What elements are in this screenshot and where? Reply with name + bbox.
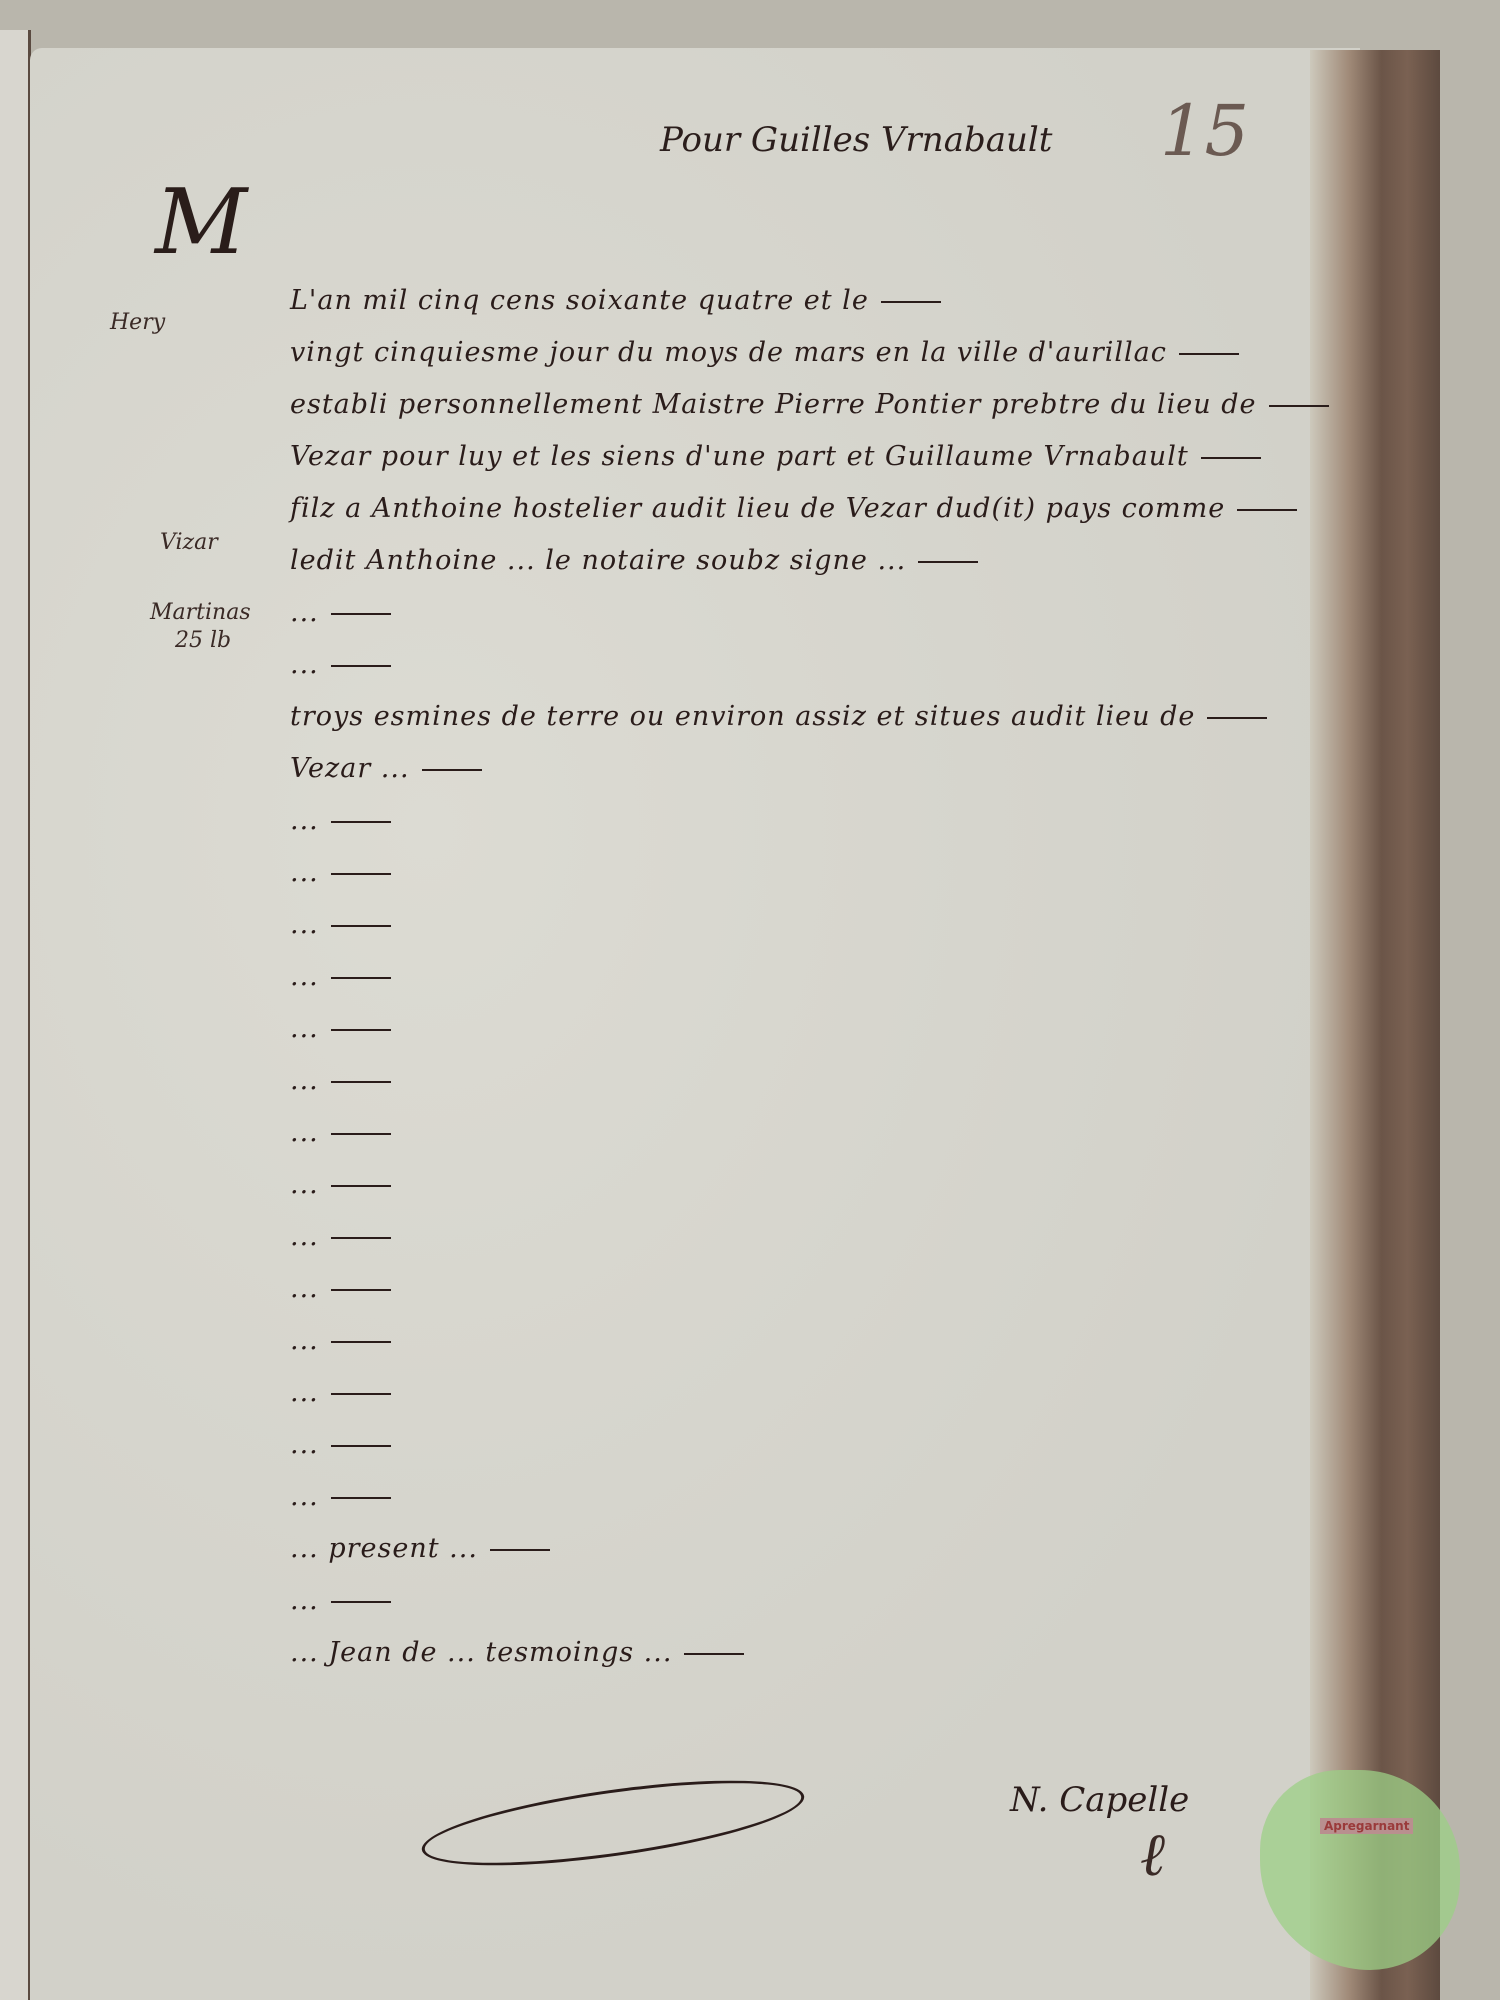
margin-note: Vizar — [160, 530, 218, 555]
text-line: Vezar ... — [290, 743, 1290, 795]
facing-page-edge — [0, 30, 31, 2000]
signature-paraph-icon: ℓ — [1140, 1820, 1165, 1890]
notary-signature: N. Capelle — [1010, 1780, 1189, 1820]
text-line: vingt cinquiesme jour du moys de mars en… — [290, 327, 1290, 379]
document-heading: Pour Guilles Vrnabault — [660, 120, 1052, 160]
text-line: Vezar pour luy et les siens d'une part e… — [290, 431, 1290, 483]
margin-note: Hery — [110, 310, 165, 335]
text-line: L'an mil cinq cens soixante quatre et le — [290, 275, 1290, 327]
margin-note: Martinas — [150, 600, 251, 625]
margin-note: 25 lb — [175, 628, 231, 653]
text-line: ... Jean de ... tesmoings ... — [290, 1627, 1290, 1679]
text-line: ... — [290, 1419, 1290, 1471]
folio-number: 15 — [1160, 90, 1249, 172]
text-line: ... — [290, 1315, 1290, 1367]
text-line: ... — [290, 847, 1290, 899]
initial-mark: M — [155, 170, 247, 275]
text-line: ... — [290, 1159, 1290, 1211]
text-line: ... — [290, 1575, 1290, 1627]
text-line: ledit Anthoine ... le notaire soubz sign… — [290, 535, 1290, 587]
document-body: L'an mil cinq cens soixante quatre et le… — [290, 275, 1290, 1679]
text-line: ... — [290, 639, 1290, 691]
text-line: ... — [290, 1471, 1290, 1523]
text-line: ... — [290, 587, 1290, 639]
text-line: establi personnellement Maistre Pierre P… — [290, 379, 1290, 431]
text-line: ... — [290, 1055, 1290, 1107]
text-line: ... — [290, 1107, 1290, 1159]
text-line: ... — [290, 1367, 1290, 1419]
text-line: ... — [290, 1003, 1290, 1055]
text-line: ... — [290, 795, 1290, 847]
text-line: troys esmines de terre ou environ assiz … — [290, 691, 1290, 743]
page-block-edge — [1310, 50, 1440, 2000]
text-line: ... — [290, 899, 1290, 951]
watermark-label: Apregarnant — [1320, 1818, 1413, 1834]
text-line: ... — [290, 951, 1290, 1003]
text-line: ... present ... — [290, 1523, 1290, 1575]
text-line: ... — [290, 1211, 1290, 1263]
text-line: filz a Anthoine hostelier audit lieu de … — [290, 483, 1290, 535]
text-line: ... — [290, 1263, 1290, 1315]
